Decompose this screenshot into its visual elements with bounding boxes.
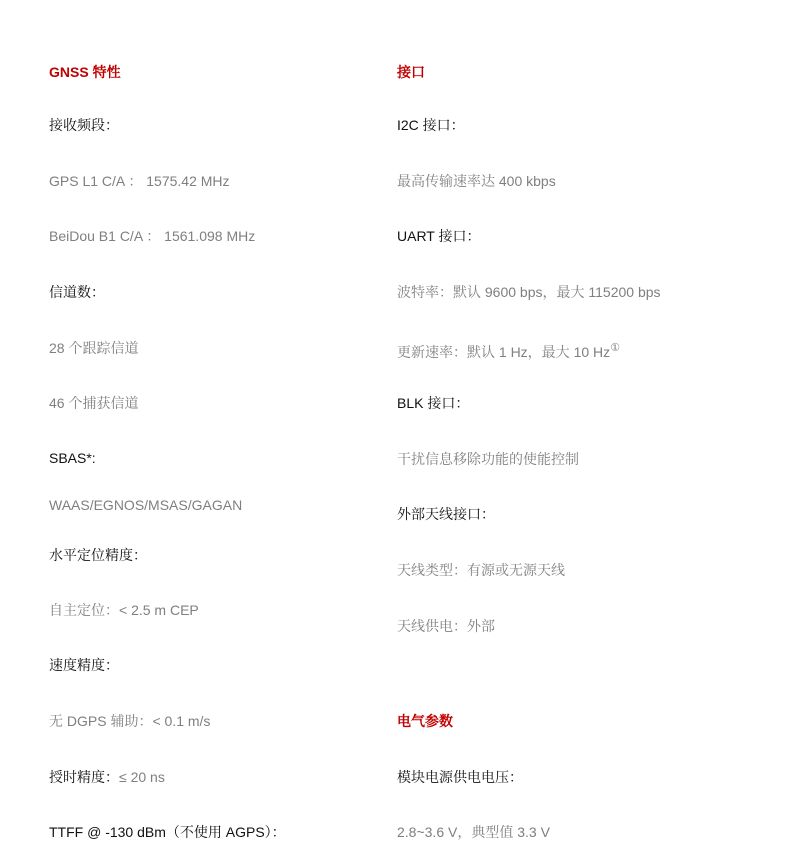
beidou-b1-value: BeiDou B1 C/A ： 1561.098 MHz	[49, 227, 255, 245]
antenna-type-value: 天线类型：有源或无源天线	[397, 561, 565, 579]
footnote-marker: ①	[610, 342, 620, 354]
baud-rate-value: 波特率：默认 9600 bps，最大 115200 bps	[397, 283, 661, 301]
sbas-label: SBAS*:	[49, 449, 96, 467]
horizontal-accuracy-label: 水平定位精度：	[49, 546, 147, 564]
timing-accuracy-row: 授时精度：≤ 20 ns	[49, 768, 165, 786]
supply-voltage-value: 2.8~3.6 V，典型值 3.3 V	[397, 823, 550, 841]
interface-heading: 接口	[397, 63, 425, 81]
autonomous-accuracy-value: 自主定位：< 2.5 m CEP	[49, 601, 199, 619]
receive-band-label: 接收频段：	[49, 116, 119, 134]
uart-label: UART 接口：	[397, 227, 481, 245]
blk-label: BLK 接口：	[397, 394, 469, 412]
ttff-label: TTFF @ -130 dBm（不使用 AGPS）：	[49, 823, 286, 841]
i2c-rate-value: 最高传输速率达 400 kbps	[397, 172, 556, 190]
gps-l1-value: GPS L1 C/A ： 1575.42 MHz	[49, 172, 230, 190]
blk-value: 干扰信息移除功能的使能控制	[397, 450, 579, 468]
acquisition-channels-value: 46 个捕获信道	[49, 394, 138, 412]
velocity-accuracy-label: 速度精度：	[49, 656, 119, 674]
update-rate-row: 更新速率：默认 1 Hz，最大 10 Hz①	[397, 339, 620, 361]
timing-accuracy-value: ≤ 20 ns	[119, 769, 165, 785]
i2c-label: I2C 接口：	[397, 116, 465, 134]
no-dgps-value: 无 DGPS 辅助：< 0.1 m/s	[49, 712, 210, 730]
electrical-heading: 电气参数	[397, 712, 453, 730]
antenna-power-value: 天线供电：外部	[397, 617, 495, 635]
channels-label: 信道数：	[49, 283, 105, 301]
sbas-value: WAAS/EGNOS/MSAS/GAGAN	[49, 496, 242, 514]
gnss-heading: GNSS 特性	[49, 63, 121, 81]
tracking-channels-value: 28 个跟踪信道	[49, 339, 138, 357]
update-rate-value: 更新速率：默认 1 Hz，最大 10 Hz	[397, 344, 610, 360]
external-antenna-label: 外部天线接口：	[397, 505, 495, 523]
timing-accuracy-label: 授时精度：	[49, 769, 119, 785]
supply-voltage-label: 模块电源供电电压：	[397, 768, 523, 786]
